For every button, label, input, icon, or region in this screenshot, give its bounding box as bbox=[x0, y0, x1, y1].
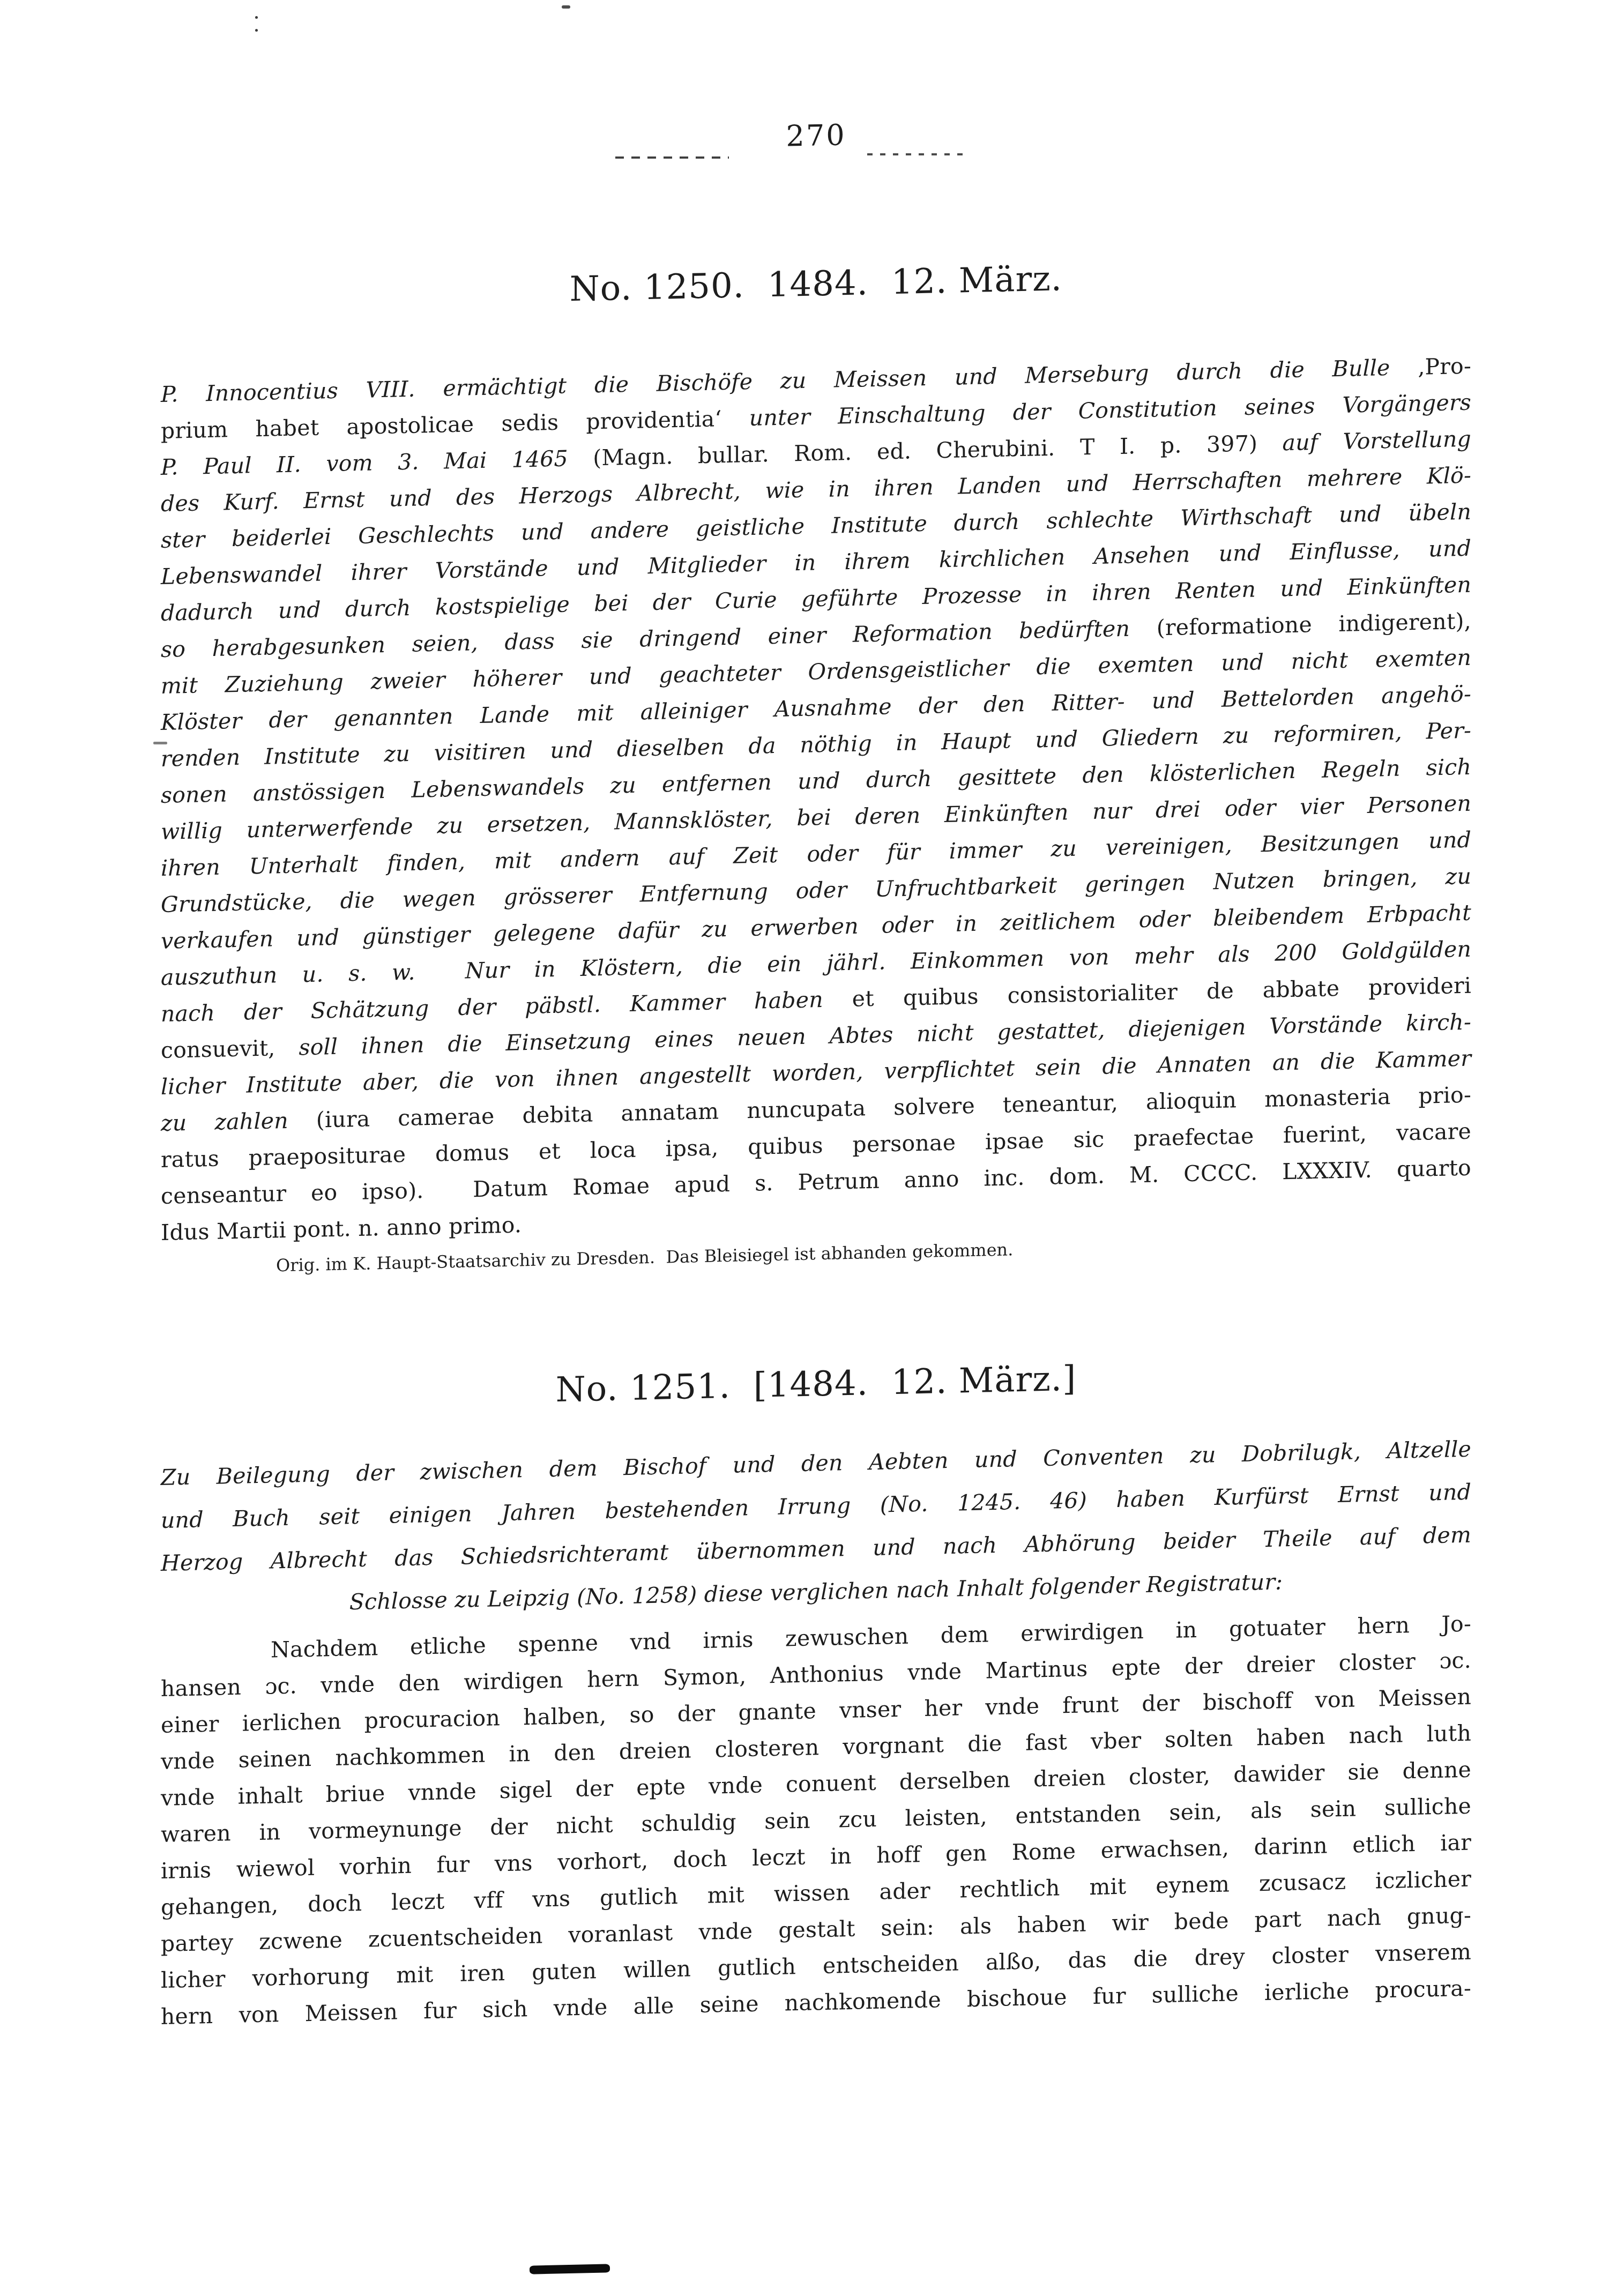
page-content: 270 No. 1250. 1484. 12. März. P. Innocen… bbox=[0, 0, 1624, 2039]
entry-1250-body: P. Innocentius VIII. ermächtigt die Bisc… bbox=[161, 348, 1471, 1251]
page-number: 270 bbox=[161, 106, 1471, 166]
italic-text-segment: P. Paul II. vom 3. Mai 1465 bbox=[161, 445, 593, 480]
italic-text-segment: auf Vorstellung bbox=[1283, 426, 1471, 456]
scan-artifact-bottom-blob bbox=[530, 2264, 610, 2274]
italic-text-segment: zu zahlen bbox=[161, 1107, 316, 1136]
entry-1251: No. 1251. [1484. 12. März.] Zu Beilegung… bbox=[161, 1351, 1471, 2035]
entry-1251-regest: Zu Beilegung der zwischen dem Bischof un… bbox=[161, 1428, 1471, 1628]
roman-text-segment: consuevit, bbox=[161, 1034, 299, 1063]
scanned-book-page: { "colors": { "ink": "#1d1d1d", "paper":… bbox=[0, 0, 1624, 2275]
roman-text-segment: Idus Martii pont. n. anno primo. bbox=[161, 1212, 522, 1245]
entry-1250-heading: No. 1250. 1484. 12. März. bbox=[161, 251, 1471, 317]
roman-text-segment: (reformatione indigerent), bbox=[1157, 608, 1471, 641]
entry-1250: No. 1250. 1484. 12. März. P. Innocentius… bbox=[161, 251, 1471, 1280]
entry-1251-body: Nachdem etliche spenne vnd irnis zewusch… bbox=[161, 1606, 1471, 2035]
roman-text-segment: ‚Pro- bbox=[1418, 353, 1471, 380]
entry-1251-heading: No. 1251. [1484. 12. März.] bbox=[161, 1351, 1471, 1419]
